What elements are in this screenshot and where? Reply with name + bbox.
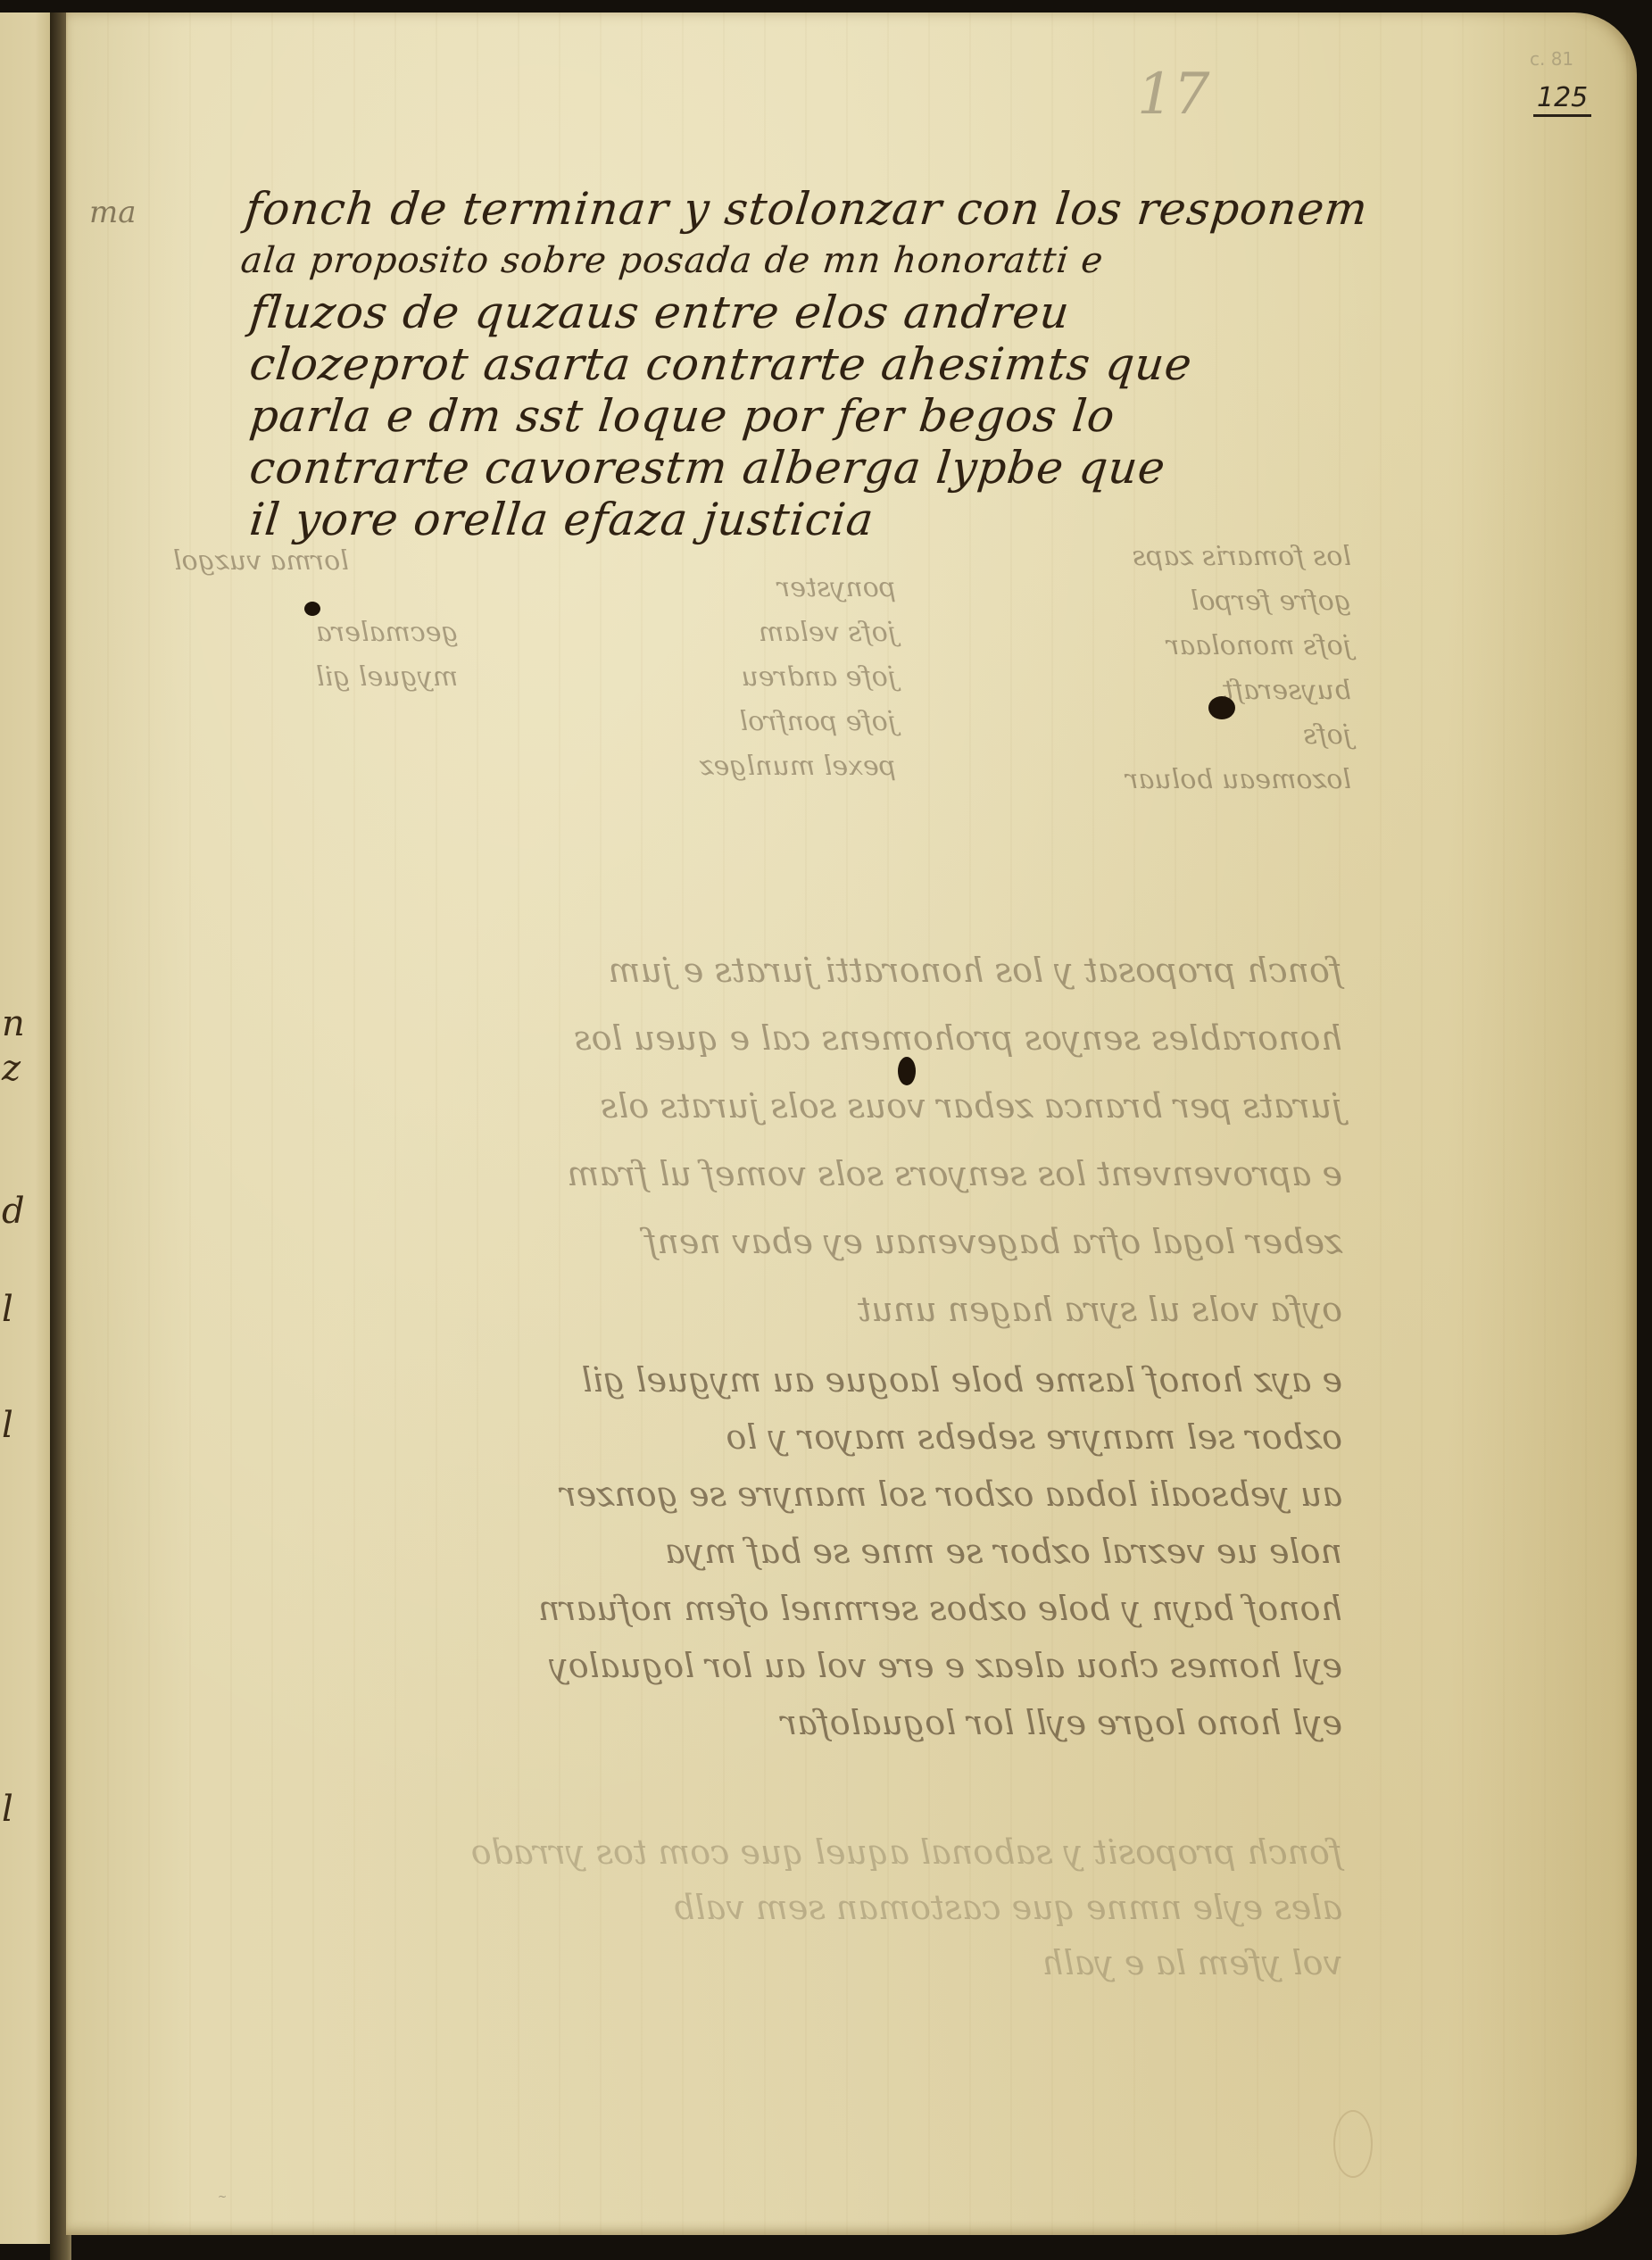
pencil-mark: 17 [1137, 62, 1209, 128]
bleed-list-item: jofe ponfrol [575, 700, 896, 744]
bleed-line: e aprovenvent los senyors sols vomef ul … [129, 1140, 1342, 1208]
bleed-line: eyl homes chou aleaz e ere vol au lor lo… [129, 1637, 1342, 1694]
bleed-line: e ayz honof lasme bole laogue au myguel … [129, 1351, 1342, 1408]
bleed-line: ozbor sel manyre sebebs mayor y lo [129, 1408, 1342, 1466]
main-text-line: contrarte cavorestm alberga lypbe que [247, 442, 1565, 494]
main-text-line: ala proposito sobre posada de mn honorat… [238, 235, 1565, 287]
bleed-list-item: myguel gil [316, 655, 619, 700]
ink-blot [304, 602, 320, 616]
faint-top-mark: c. 81 [1530, 48, 1573, 70]
adjacent-page-fragment: l [2, 1289, 12, 1330]
adjacent-page-fragment: z [2, 1048, 19, 1089]
bleed-line: zeber logal ofra bagevenau ey ebav nenf [129, 1208, 1342, 1275]
adjacent-page-fragment: l [2, 1789, 12, 1830]
bleed-list-item: jofs velam [575, 611, 896, 655]
main-text-line: il yore orella efaza justicia [247, 494, 1565, 545]
bleed-list-item: jofs monolaar [1030, 624, 1351, 669]
bleed-line: fonch proposat y los honoratti jurats e … [129, 936, 1342, 1004]
main-text-line: clozeprot asarta contrarte ahesimts que [247, 338, 1565, 390]
bleed-list-item: lozomeau boluar [1030, 758, 1351, 802]
main-text-line: parla e dm sst loque por fer begos lo [247, 390, 1565, 442]
folio-number: 125 [1533, 84, 1591, 117]
bleed-line: oyfa vols ul syra hagen unut [129, 1275, 1342, 1343]
main-text-line: fonch de terminar y stolonzar con los re… [243, 183, 1565, 235]
bleed-list-item: jofe andreu [575, 655, 896, 700]
ink-blot [898, 1057, 916, 1085]
bleed-list-item: buyseraft [1030, 669, 1351, 713]
bleed-through-paragraph-1: fonch proposat y los honoratti jurats e … [129, 936, 1342, 1343]
adjacent-page-edge: n z d l l l [0, 12, 50, 2244]
ink-blot [1208, 696, 1235, 719]
bleed-list-item [316, 566, 619, 611]
bleed-line: honorables senyos prohomens cal e queu l… [129, 1004, 1342, 1072]
adjacent-page-fragment: l [2, 1405, 12, 1446]
water-stain [1333, 2110, 1373, 2178]
bleed-list-item: jofs [1030, 713, 1351, 758]
margin-note: ma [89, 195, 137, 230]
bleed-list-item: gecmalera [316, 611, 619, 655]
archive-stamp: ~ [218, 2190, 227, 2203]
bleed-line: au yebsoali lobaa ozbor sol manyre se go… [129, 1466, 1342, 1523]
main-text-block: fonch de terminar y stolonzar con los re… [134, 183, 1562, 545]
bleed-line: honof bayn y bole ozbos sermnel ofem nof… [129, 1580, 1342, 1637]
bleed-list-item: ponyster [575, 566, 896, 611]
scan-viewer: n z d l l l c. 81 17 125 lorma vuzgol ge… [0, 0, 1652, 2260]
adjacent-page-fragment: n [2, 1003, 23, 1044]
bleed-line: eyl hono logre eyll lor logualofar [129, 1694, 1342, 1751]
bleed-line: nole ue vezral ozbor se mne se baf mya [129, 1523, 1342, 1580]
bleed-line: ales eyle nmne que castoman sem valb [129, 1880, 1342, 1935]
bleed-line: jurats per branca zebar vous sols jurats… [129, 1072, 1342, 1140]
bleed-through-list-right: los fomaris zaps gofre ferpol jofs monol… [1030, 535, 1351, 802]
bleed-list-item: pexel munlgez [575, 744, 896, 789]
adjacent-page-fragment: d [2, 1191, 23, 1232]
bleed-through-paragraph-2: e ayz honof lasme bole laogue au myguel … [129, 1351, 1342, 1751]
main-text-line: fluzos de quzaus entre elos andreu [247, 287, 1565, 338]
bleed-list-item: gofre ferpol [1030, 579, 1351, 624]
bleed-through-list-left-2: gecmalera myguel gil [316, 566, 619, 700]
bleed-through-list-center: ponyster jofs velam jofe andreu jofe pon… [575, 566, 896, 789]
bleed-line: vol yfem la e yalh [129, 1935, 1342, 1990]
bleed-line: fonch proposit y sabonal aquel que com t… [129, 1824, 1342, 1880]
bleed-through-paragraph-3: fonch proposit y sabonal aquel que com t… [129, 1824, 1342, 1990]
